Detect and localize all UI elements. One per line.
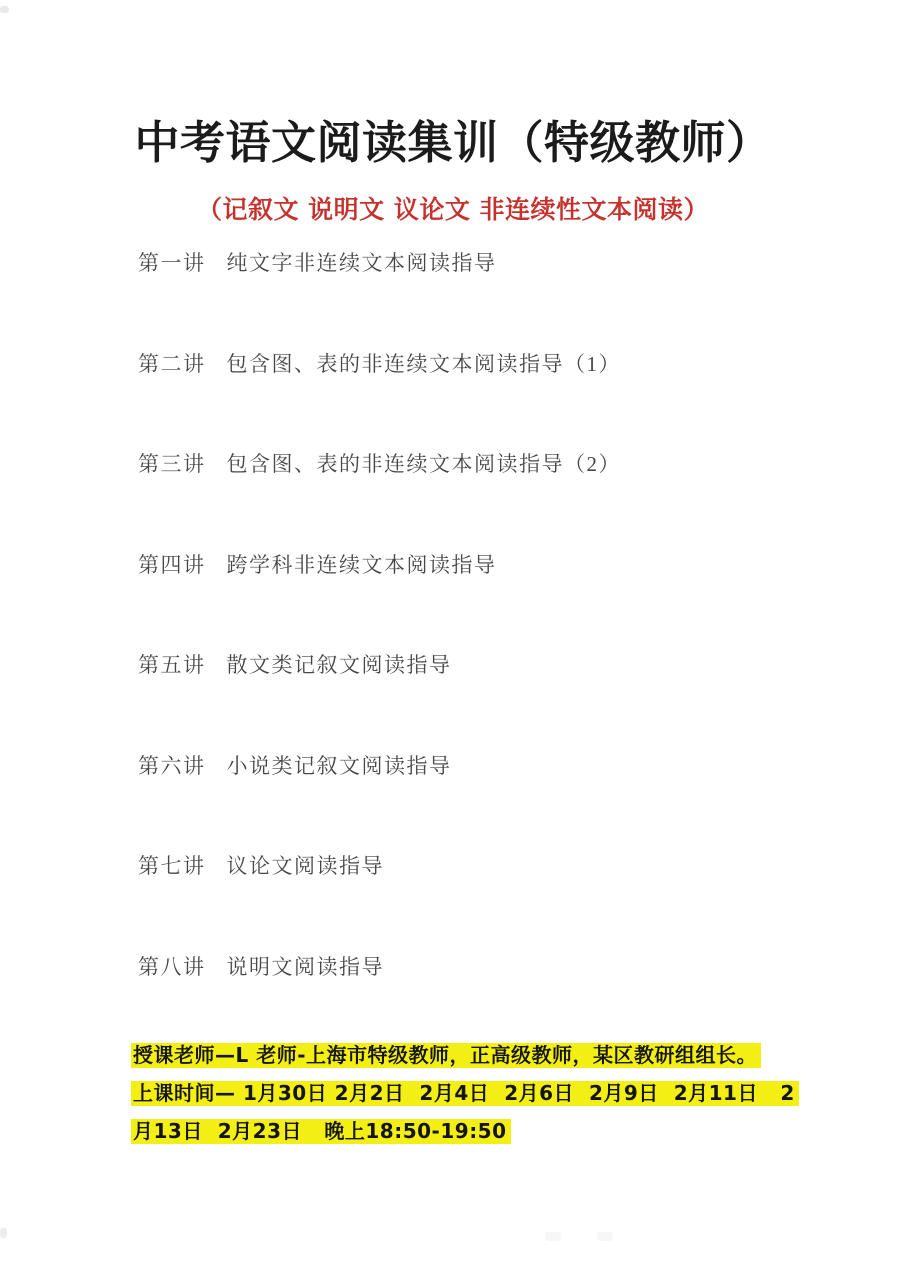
footer-info: 授课老师—L 老师-上海市特级教师，正高级教师，某区教研组组长。 上课时间— 1… [131,1043,891,1157]
document-page: 中考语文阅读集训（特级教师） （记叙文 说明文 议论文 非连续性文本阅读） 第一… [0,0,906,1280]
lecture-number: 第二讲 [138,353,206,376]
lecture-number: 第六讲 [138,755,206,778]
lecture-title: 包含图、表的非连续文本阅读指导（1） [227,353,622,376]
scan-artifact [545,1232,561,1241]
lecture-number: 第七讲 [138,855,206,878]
lecture-title: 议论文阅读指导 [227,855,385,878]
lecture-title: 小说类记叙文阅读指导 [227,755,452,778]
lecture-row: 第八讲 说明文阅读指导 [138,956,858,979]
page-title: 中考语文阅读集训（特级教师） [0,114,906,172]
lecture-number: 第八讲 [138,956,206,979]
lecture-title: 说明文阅读指导 [227,956,385,979]
lecture-row: 第四讲 跨学科非连续文本阅读指导 [138,554,858,577]
lecture-number: 第三讲 [138,453,206,476]
lecture-list: 第一讲 纯文字非连续文本阅读指导 第二讲 包含图、表的非连续文本阅读指导（1） … [138,252,858,1056]
lecture-row: 第一讲 纯文字非连续文本阅读指导 [138,252,858,275]
lecture-number: 第五讲 [138,654,206,677]
lecture-title: 散文类记叙文阅读指导 [227,654,452,677]
scan-artifact [0,1228,7,1238]
lecture-title: 纯文字非连续文本阅读指导 [227,252,497,275]
lecture-row: 第二讲 包含图、表的非连续文本阅读指导（1） [138,353,858,376]
lecture-row: 第三讲 包含图、表的非连续文本阅读指导（2） [138,453,858,476]
highlight-line-teacher: 授课老师—L 老师-上海市特级教师，正高级教师，某区教研组组长。 [131,1043,761,1068]
scan-artifact [597,1232,613,1241]
lecture-title: 跨学科非连续文本阅读指导 [227,554,497,577]
lecture-row: 第五讲 散文类记叙文阅读指导 [138,654,858,677]
lecture-title: 包含图、表的非连续文本阅读指导（2） [227,453,622,476]
lecture-number: 第四讲 [138,554,206,577]
highlight-line-schedule-1: 上课时间— 1月30日 2月2日 2月4日 2月6日 2月9日 2月11日 2 [131,1081,799,1106]
scan-artifact [0,6,9,13]
highlight-line-schedule-2: 月13日 2月23日 晚上18:50-19:50 [131,1119,511,1144]
lecture-row: 第七讲 议论文阅读指导 [138,855,858,878]
lecture-row: 第六讲 小说类记叙文阅读指导 [138,755,858,778]
subtitle: （记叙文 说明文 议论文 非连续性文本阅读） [0,194,906,226]
lecture-number: 第一讲 [138,252,206,275]
